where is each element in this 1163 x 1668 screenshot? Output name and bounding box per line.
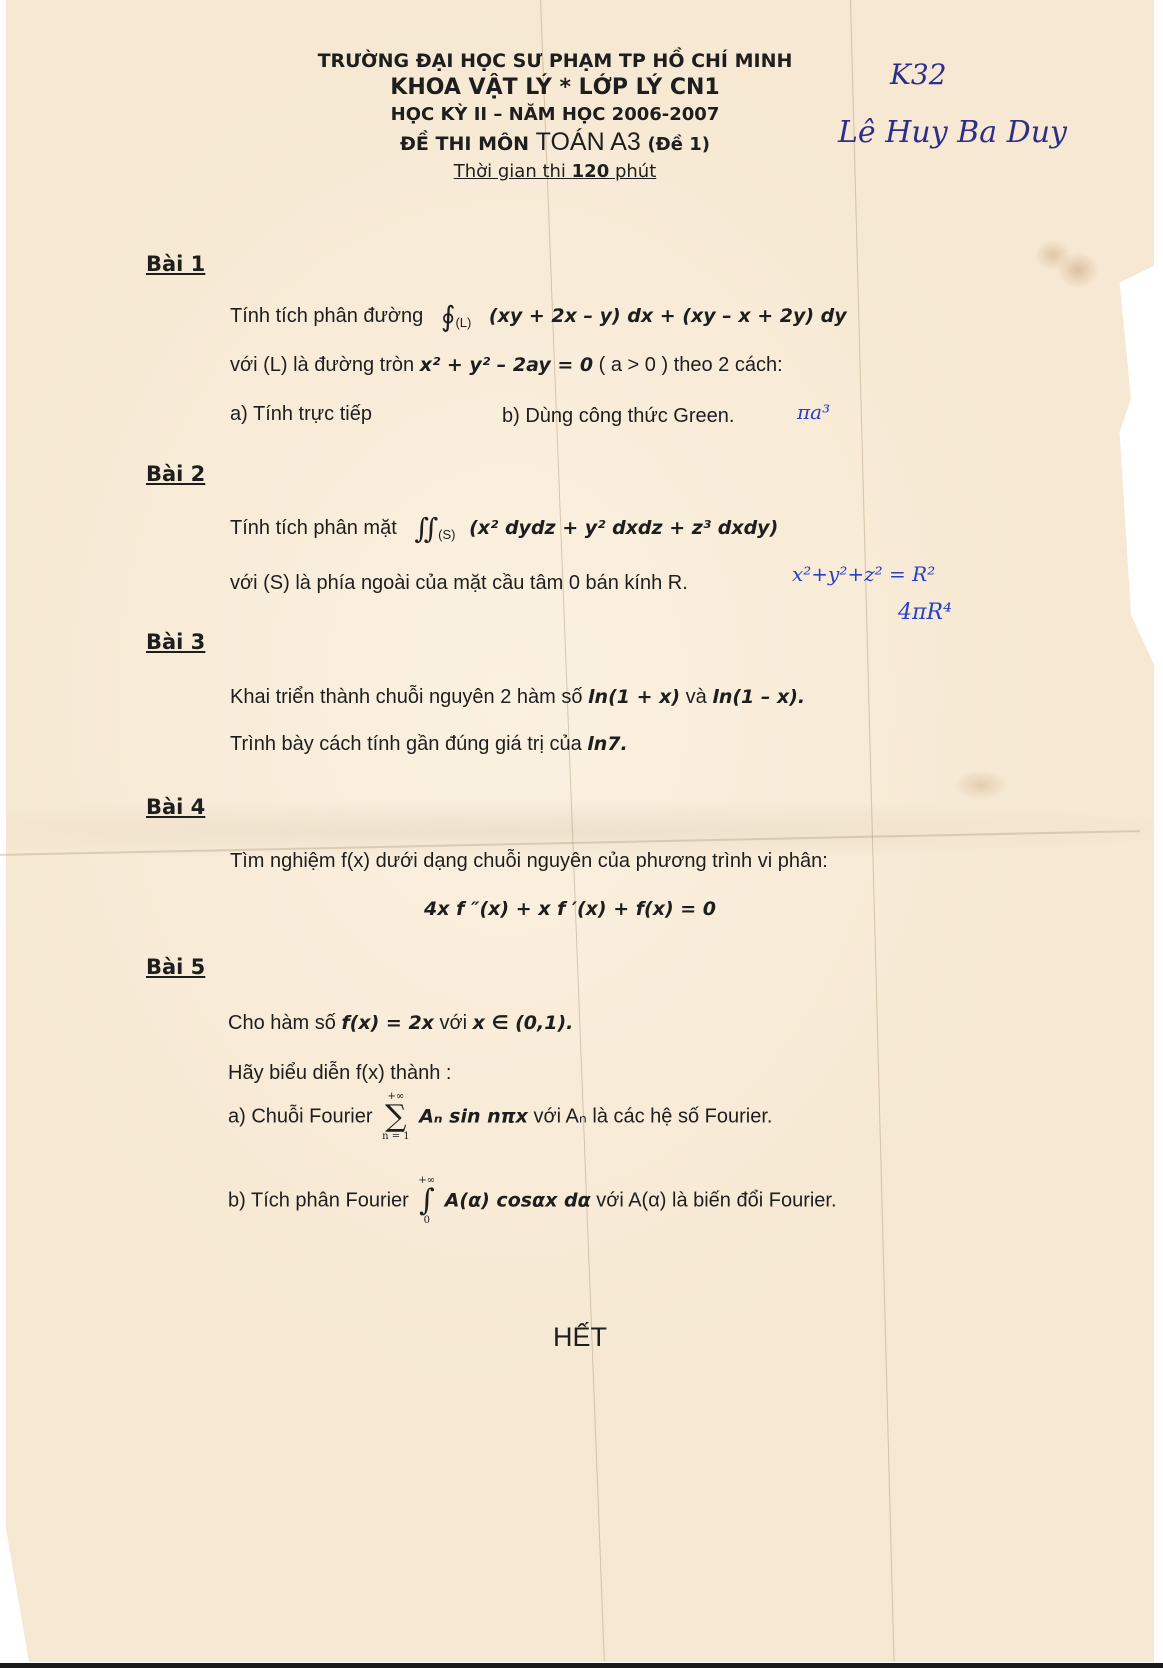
handwritten-note-bai2-eq: x²+y²+z² = R² xyxy=(792,562,935,586)
semester-year: HỌC KỲ II – NĂM HỌC 2006-2007 xyxy=(290,102,820,128)
integrand: (xy + 2x – y) dx + (xy – x + 2y) dy xyxy=(489,305,847,327)
end-marker: HẾT xyxy=(553,1322,607,1353)
problem-1-part-a: a) Tính trực tiếp xyxy=(230,403,372,426)
problem-1-line-integral: Tính tích phân đường ∮(L) (xy + 2x – y) … xyxy=(230,300,847,333)
integral-icon: +∞ ∫ 0 xyxy=(418,1176,435,1226)
handwritten-note-bai1: πa³ xyxy=(797,400,830,424)
subject-name: TOÁN A3 xyxy=(536,128,641,156)
handwritten-student-name: Lê Huy Ba Duy xyxy=(838,115,1067,150)
handwritten-note-bai2-result: 4πR⁴ xyxy=(898,600,952,625)
exam-title: ĐỀ THI MÔN TOÁN A3 (Đề 1) xyxy=(290,128,820,159)
problem-1-title: Bài 1 xyxy=(146,252,205,276)
integrand: (x² dydz + y² dxdz + z³ dxdy) xyxy=(469,517,778,539)
problem-2-title: Bài 2 xyxy=(146,462,205,486)
problem-5-part-b: b) Tích phân Fourier +∞ ∫ 0 A(α) cosαx d… xyxy=(228,1176,837,1226)
exam-duration: Thời gian thi 120 phút xyxy=(290,159,820,185)
problem-2-surface: với (S) là phía ngoài của mặt cầu tâm 0 … xyxy=(230,572,688,595)
problem-1-part-b: b) Dùng công thức Green. xyxy=(502,405,734,428)
faculty-class: KHOA VẬT LÝ * LỚP LÝ CN1 xyxy=(290,74,820,102)
circle-equation: x² + y² – 2ay = 0 xyxy=(420,354,593,376)
exam-header: TRƯỜNG ĐẠI HỌC SƯ PHẠM TP HỒ CHÍ MINH KH… xyxy=(290,48,820,185)
problem-4-statement: Tìm nghiệm f(x) dưới dạng chuỗi nguyên c… xyxy=(230,850,828,873)
problem-3-series: Khai triển thành chuỗi nguyên 2 hàm số l… xyxy=(230,686,805,709)
summation-icon: +∞ ∑ n = 1 xyxy=(382,1092,410,1142)
double-integral-icon: ∬ xyxy=(414,512,438,545)
problem-5-function: Cho hàm số f(x) = 2x với x ∈ (0,1). xyxy=(228,1012,573,1035)
contour-integral-icon: ∮ xyxy=(441,300,456,333)
problem-3-title: Bài 3 xyxy=(146,630,205,654)
problem-5-part-a: a) Chuỗi Fourier +∞ ∑ n = 1 Aₙ sin nπx v… xyxy=(228,1092,772,1142)
university-name: TRƯỜNG ĐẠI HỌC SƯ PHẠM TP HỒ CHÍ MINH xyxy=(290,48,820,74)
problem-1-curve: với (L) là đường tròn x² + y² – 2ay = 0 … xyxy=(230,354,783,377)
problem-3-approx: Trình bày cách tính gần đúng giá trị của… xyxy=(230,733,628,756)
problem-4-title: Bài 4 xyxy=(146,795,205,819)
problem-4-equation: 4x f ″(x) + x f ′(x) + f(x) = 0 xyxy=(424,898,716,921)
handwritten-class-code: K32 xyxy=(890,58,947,91)
problem-5-instruction: Hãy biểu diễn f(x) thành : xyxy=(228,1062,451,1085)
exam-paper xyxy=(6,0,1154,1662)
problem-2-surface-integral: Tính tích phân mặt ∬(S) (x² dydz + y² dx… xyxy=(230,512,778,545)
scan-border xyxy=(0,1663,1163,1668)
problem-5-title: Bài 5 xyxy=(146,955,205,979)
